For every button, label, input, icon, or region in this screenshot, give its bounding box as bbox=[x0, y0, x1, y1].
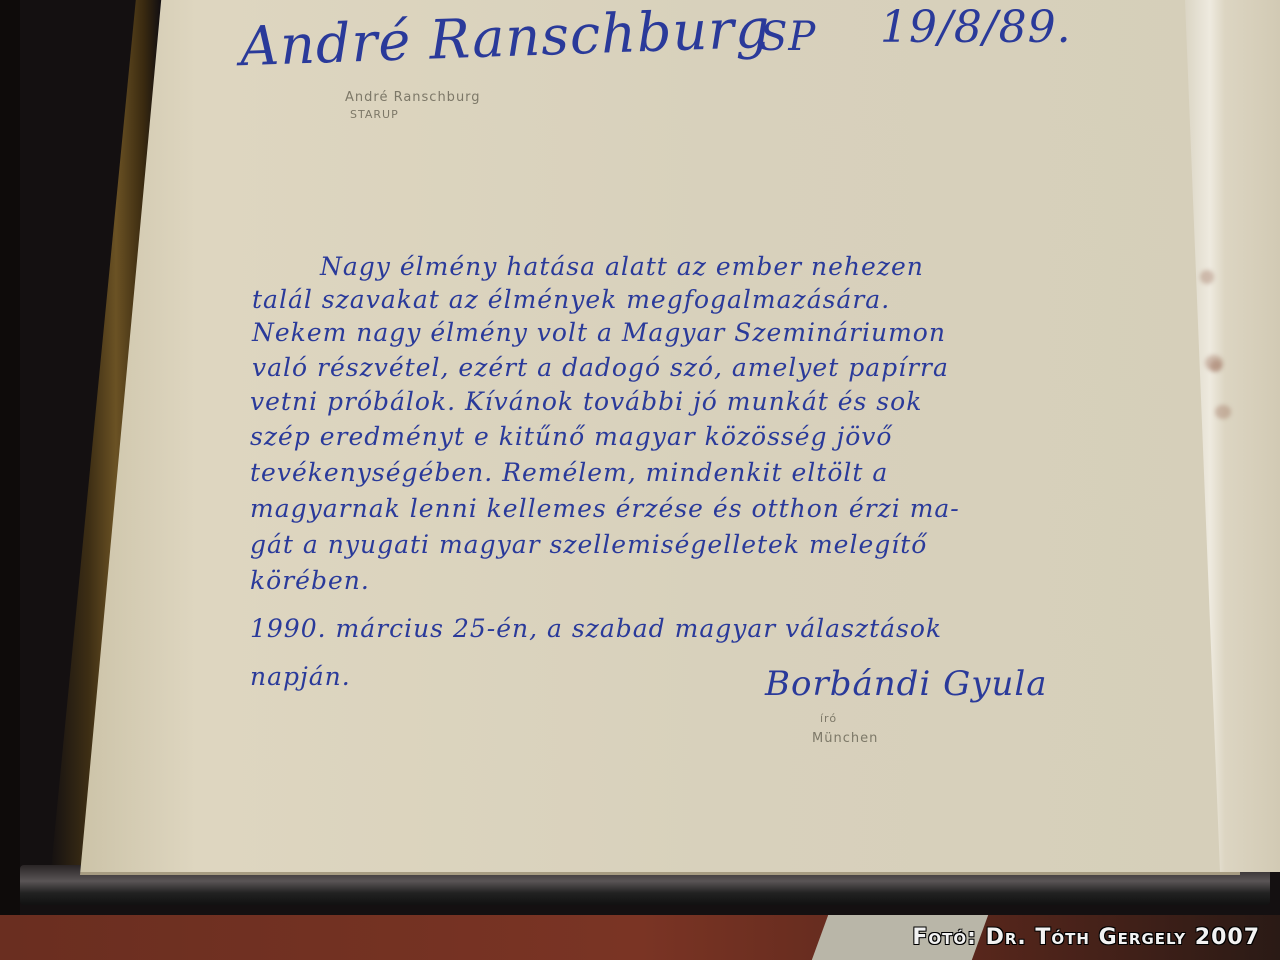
pencil-note-place: STARUP bbox=[350, 108, 399, 121]
top-signature-date: 19/8/89. bbox=[880, 2, 1072, 53]
entry-line: szép eredményt e kitűnő magyar közösség … bbox=[250, 422, 893, 451]
entry-line: talál szavakat az élmények megfogalmazás… bbox=[252, 285, 890, 314]
pencil-note-title: író bbox=[820, 712, 837, 725]
page-stain bbox=[1210, 360, 1222, 372]
pencil-note-name: André Ranschburg bbox=[345, 90, 481, 105]
entry-line: napján. bbox=[250, 662, 351, 691]
entry-signature: Borbándi Gyula bbox=[765, 664, 1048, 704]
entry-line: Nagy élmény hatása alatt az ember neheze… bbox=[320, 252, 924, 281]
top-signature-extra: SP bbox=[760, 14, 816, 60]
entry-line: gát a nyugati magyar szellemiségelletek … bbox=[250, 530, 927, 559]
entry-line: való részvétel, ezért a dadogó szó, amel… bbox=[252, 353, 949, 382]
entry-line: körében. bbox=[250, 566, 370, 595]
entry-line: tevékenységében. Remélem, mindenkit eltö… bbox=[250, 458, 888, 487]
entry-line: Nekem nagy élmény volt a Magyar Szeminár… bbox=[252, 318, 946, 347]
page-stain bbox=[1200, 270, 1214, 284]
photo-credit-watermark: Fotó: Dr. Tóth Gergely 2007 bbox=[912, 925, 1260, 950]
entry-line: magyarnak lenni kellemes érzése és ottho… bbox=[250, 494, 960, 523]
pencil-note-place: München bbox=[812, 731, 878, 746]
entry-line: vetni próbálok. Kívánok további jó munká… bbox=[250, 387, 922, 416]
entry-date-line: 1990. március 25-én, a szabad magyar vál… bbox=[250, 614, 942, 643]
page-stain bbox=[1215, 405, 1231, 419]
